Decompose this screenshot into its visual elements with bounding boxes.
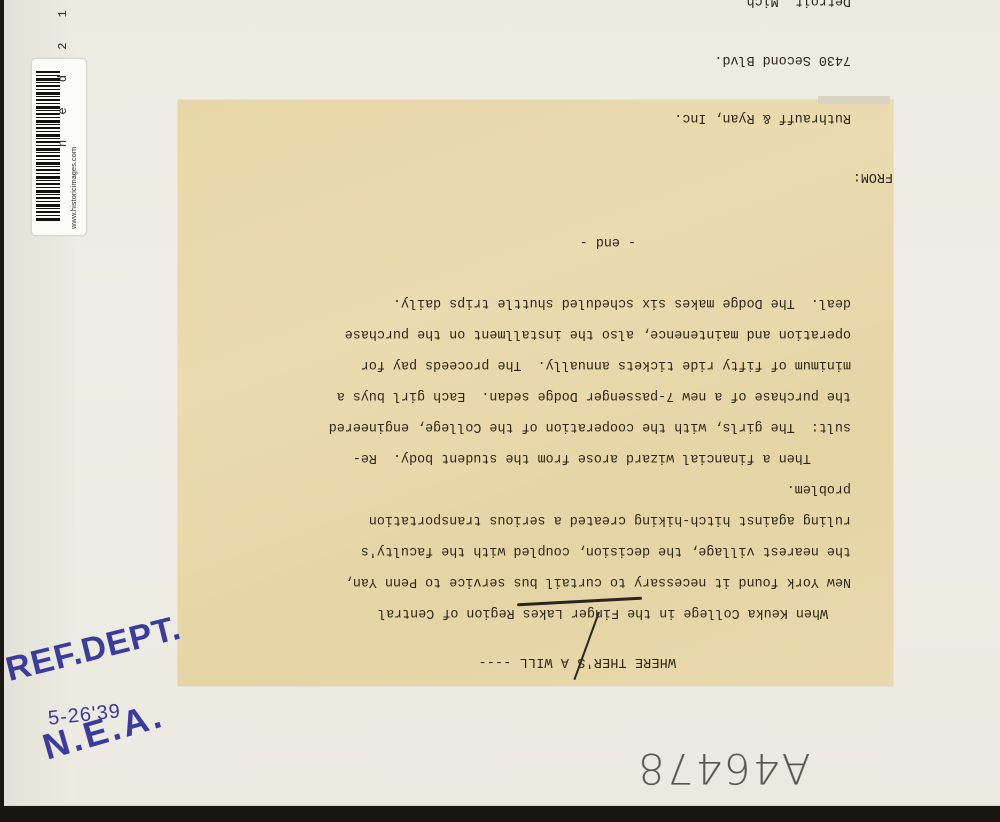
barcode-digits: n e d 2 1 0 0 1 [56,0,70,147]
from-line: Detroit, Mich. [674,0,893,11]
barcode-label: n e d 2 1 0 0 1 www.historicimages.com [31,58,87,236]
handwritten-catalog-id: A46478 [636,744,810,793]
body-line: New York found it necessary to curtail b… [211,566,851,598]
end-marker: - end - [580,226,636,258]
from-line: Ruthrauff & Ryan, Inc. [674,108,893,128]
body-line: When Keuka College in the Finger Lakes R… [188,597,828,629]
from-block: FROM: Ruthrauff & Ryan, Inc. 7430 Second… [674,0,893,225]
press-release-clipping: WHERE THER'S A WILL ---- When Keuka Coll… [178,100,893,686]
body-line: problem. [211,473,851,505]
from-label: FROM: [674,167,893,187]
body-line: minimum of fifty ride tickets annually. … [211,349,851,381]
body-line: Then a financial wizard arose from the s… [211,442,851,474]
from-line: 7430 Second Blvd. [674,50,893,70]
body-line: operation and maintenence, also the inst… [211,318,851,350]
body-line: the purchase of a new 7-passenger Dodge … [211,380,851,412]
typed-text-upside-down: WHERE THER'S A WILL ---- When Keuka Coll… [178,100,893,686]
body-line: ruling against hitch-hiking created a se… [211,504,851,536]
body-line: deal. The Dodge makes six scheduled shut… [211,287,851,319]
body-line: the nearest village, the decision, coupl… [211,535,851,567]
barcode-url: www.historicimages.com [69,69,78,229]
body-line: sult: The girls, with the cooperation of… [211,411,851,443]
